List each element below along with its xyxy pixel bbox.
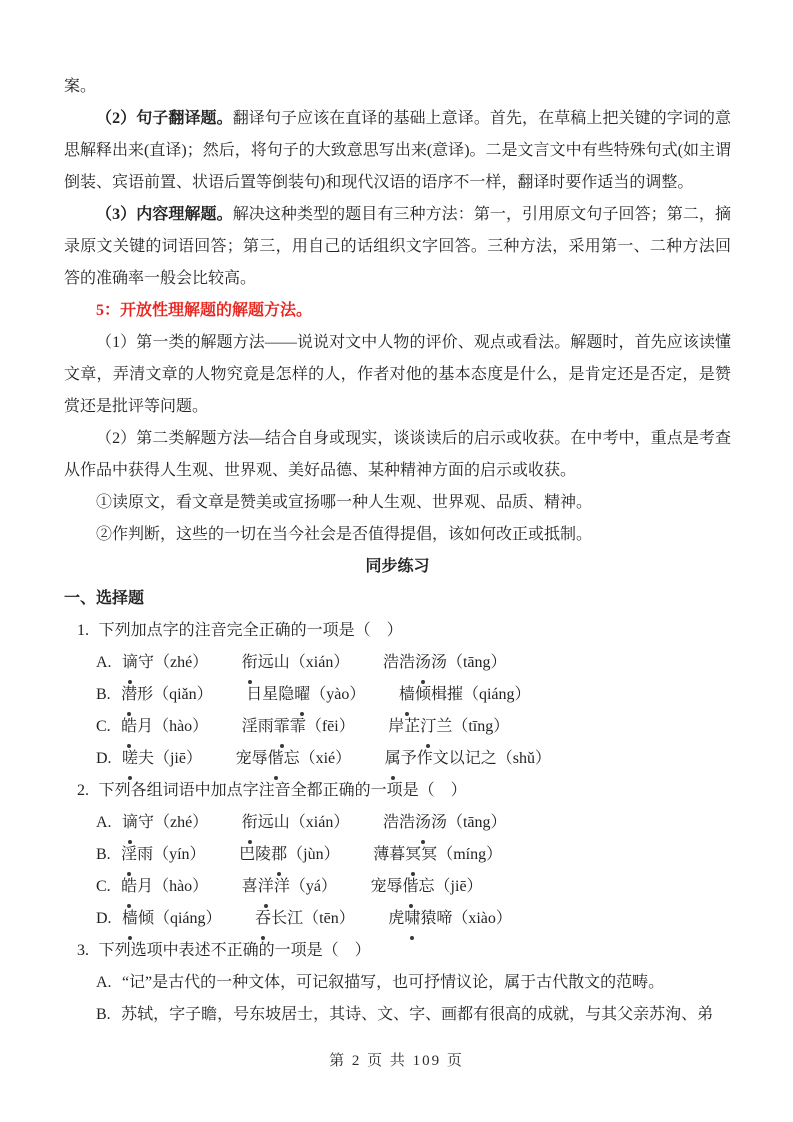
option-text: 苏轼，字子瞻，号东坡居士，其诗、文、字、画都有很高的成就，与其父亲苏洵、弟 <box>121 1006 713 1023</box>
pinyin-phrase: 吞长江（tēn） <box>255 910 355 927</box>
question-stem: 2.下列各组词语中加点字注音全都正确的一项是（ ） <box>77 775 731 807</box>
question-stem: 3.下列选项中表述不正确的一项是（ ） <box>77 935 731 967</box>
question-number: 3. <box>77 942 89 959</box>
phrase-dotted-char: 皓 <box>121 711 137 743</box>
question: 2.下列各组词语中加点字注音全都正确的一项是（ ）A.谪守（zhé）衔远山（xi… <box>64 775 731 935</box>
answer-option: D.嗟夫（jiē）宠辱偕忘（xié）属予作文以记之（shǔ） <box>96 743 731 775</box>
pinyin-phrase: 皓月（hào） <box>121 878 208 895</box>
answer-option: A.谪守（zhé）衔远山（xián）浩浩汤汤（tāng） <box>96 807 731 839</box>
phrase-pre: 喜 <box>242 878 258 895</box>
phrase-dotted-char: 偕 <box>268 743 284 775</box>
document-content: 案。 （2）句子翻译题。翻译句子应该在直译的基础上意译。首先，在草稿上把关键的字… <box>64 71 731 1031</box>
phrase-post: （jùn） <box>287 846 339 863</box>
phrase-post: 倾（qiáng） <box>138 910 222 927</box>
option-label: C. <box>96 718 111 735</box>
section-title-sync-practice: 同步练习 <box>64 551 731 583</box>
phrase-dotted-char: 汀 <box>420 711 436 743</box>
document-page: 案。 （2）句子翻译题。翻译句子应该在直译的基础上意译。首先，在草稿上把关键的字… <box>0 0 793 1122</box>
phrase-dotted-char: 嗟 <box>122 743 138 775</box>
pinyin-phrase: 衔远山（xián） <box>242 814 350 831</box>
phrase-pre: 淫雨 <box>242 718 274 735</box>
paragraph-head-content-comprehension: （3）内容理解题。 <box>96 206 233 223</box>
subsection-title-choice-questions: 一、选择题 <box>64 583 731 615</box>
list-item-circle-2: ②作判断，这些的一切在当今社会是否值得提倡，该如何改正或抵制。 <box>64 519 731 551</box>
phrase-pre: 虎 <box>388 910 404 927</box>
phrase-dotted-char: 潜 <box>121 679 137 711</box>
paragraph-head-sentence-translation: （2）句子翻译题。 <box>96 110 233 127</box>
phrase-dotted-char: 淫 <box>121 839 137 871</box>
pinyin-phrase: 潜形（qiǎn） <box>121 686 213 703</box>
option-label: D. <box>96 910 112 927</box>
phrase-post: 兰（tīng） <box>436 718 509 735</box>
list-item-circle-1: ①读原文，看文章是赞美或宣扬哪一种人生观、世界观、品质、精神。 <box>64 487 731 519</box>
question: 3.下列选项中表述不正确的一项是（ ）A.“记”是古代的一种文体，可记叙描写，也… <box>64 935 731 1031</box>
question-number: 2. <box>77 782 89 799</box>
phrase-pre: 薄暮 <box>373 846 405 863</box>
pinyin-phrase: 皓月（hào） <box>121 718 208 735</box>
answer-option: B.苏轼，字子瞻，号东坡居士，其诗、文、字、画都有很高的成就，与其父亲苏洵、弟 <box>96 999 731 1031</box>
pinyin-phrase: 巴陵郡（jùn） <box>239 846 339 863</box>
phrase-pre: 浩浩 <box>383 814 415 831</box>
phrase-post: 冥（míng） <box>421 846 502 863</box>
phrase-pre: 巴陵 <box>239 846 271 863</box>
question-stem-text: 下列选项中表述不正确的一项是（ ） <box>99 942 371 959</box>
phrase-post: 忘（xié） <box>284 750 352 767</box>
pinyin-phrase: 谪守（zhé） <box>122 814 208 831</box>
red-heading-open-questions: 5：开放性理解题的解题方法。 <box>64 295 731 327</box>
phrase-post: 雨（yín） <box>137 846 205 863</box>
phrase-dotted-char: 偕 <box>403 871 419 903</box>
question-stem-text: 下列加点字的注音完全正确的一项是（ ） <box>99 622 403 639</box>
answer-option: B.淫雨（yín）巴陵郡（jùn）薄暮冥冥（míng） <box>96 839 731 871</box>
phrase-post: 忘（jiē） <box>419 878 483 895</box>
phrase-post: 猿啼（xiào） <box>420 910 512 927</box>
phrase-dotted-char: 曜 <box>294 679 310 711</box>
phrase-post: 倾楫摧（qiáng） <box>415 686 531 703</box>
phrase-post: 洋（yá） <box>274 878 337 895</box>
phrase-pre: 岸芷 <box>388 718 420 735</box>
pinyin-phrase: 宠辱偕忘（xié） <box>236 750 352 767</box>
phrase-dotted-char: 属 <box>385 743 401 775</box>
pinyin-phrase: 属予作文以记之（shǔ） <box>385 750 551 767</box>
option-label: A. <box>96 654 112 671</box>
phrase-dotted-char: 谪 <box>122 807 138 839</box>
phrase-dotted-char: 樯 <box>399 679 415 711</box>
phrase-dotted-char: 洋 <box>258 871 274 903</box>
answer-option: A.谪守（zhé）衔远山（xián）浩浩汤汤（tāng） <box>96 647 731 679</box>
phrase-dotted-char: 衔 <box>242 807 258 839</box>
question-number: 1. <box>77 622 89 639</box>
option-label: C. <box>96 878 111 895</box>
answer-option: B.潜形（qiǎn）日星隐曜（yào）樯倾楫摧（qiáng） <box>96 679 731 711</box>
pinyin-phrase: 岸芷汀兰（tīng） <box>388 718 509 735</box>
paragraph-continuation-tail: 案。 <box>64 71 731 103</box>
phrase-post: （yào） <box>310 686 365 703</box>
question: 1.下列加点字的注音完全正确的一项是（ ）A.谪守（zhé）衔远山（xián）浩… <box>64 615 731 775</box>
phrase-post: 形（qiǎn） <box>137 686 213 703</box>
phrase-post: 远山（xián） <box>258 814 350 831</box>
pinyin-phrase: 樯倾（qiáng） <box>122 910 222 927</box>
phrase-post: 夫（jiē） <box>138 750 202 767</box>
phrase-dotted-char: 冥 <box>405 839 421 871</box>
phrase-dotted-char: 郡 <box>271 839 287 871</box>
phrase-post: 守（zhé） <box>138 814 208 831</box>
phrase-pre: 日星隐 <box>246 686 294 703</box>
phrase-dotted-char: 樯 <box>122 903 138 935</box>
pinyin-phrase: 樯倾楫摧（qiáng） <box>399 686 531 703</box>
phrase-post: 守（zhé） <box>138 654 208 671</box>
phrase-pre: 宠辱 <box>371 878 403 895</box>
answer-option: A.“记”是古代的一种文体，可记叙描写，也可抒情议论，属于古代散文的范畴。 <box>96 967 731 999</box>
phrase-post: 汤（tāng） <box>431 654 507 671</box>
phrase-dotted-char: 汤 <box>415 807 431 839</box>
option-label: B. <box>96 1006 111 1023</box>
phrase-dotted-char: 啸 <box>404 903 420 935</box>
pinyin-phrase: 淫雨（yín） <box>121 846 205 863</box>
pinyin-phrase: 日星隐曜（yào） <box>246 686 365 703</box>
answer-option: C.皓月（hào）淫雨霏霏（fēi）岸芷汀兰（tīng） <box>96 711 731 743</box>
page-footer: 第 2 页 共 109 页 <box>0 1049 793 1070</box>
paragraph-open-method-2: （2）第二类解题方法—结合自身或现实，谈谈读后的启示或收获。在中考中，重点是考查… <box>64 423 731 487</box>
pinyin-phrase: 浩浩汤汤（tāng） <box>383 654 507 671</box>
phrase-dotted-char: 汤 <box>415 647 431 679</box>
pinyin-phrase: 衔远山（xián） <box>242 654 350 671</box>
option-label: B. <box>96 846 111 863</box>
answer-option: C.皓月（hào）喜洋洋（yá）宠辱偕忘（jiē） <box>96 871 731 903</box>
pinyin-phrase: 宠辱偕忘（jiē） <box>371 878 483 895</box>
paragraph-open-method-1: （1）第一类的解题方法——说说对文中人物的评价、观点或看法。解题时，首先应该读懂… <box>64 327 731 423</box>
phrase-post: 汤（tāng） <box>431 814 507 831</box>
phrase-dotted-char: 皓 <box>121 871 137 903</box>
pinyin-phrase: 浩浩汤汤（tāng） <box>383 814 507 831</box>
answer-option: D.樯倾（qiáng）吞长江（tēn）虎啸猿啼（xiào） <box>96 903 731 935</box>
phrase-post: 长江（tēn） <box>271 910 355 927</box>
pinyin-phrase: 谪守（zhé） <box>122 654 208 671</box>
option-text: “记”是古代的一种文体，可记叙描写，也可抒情议论，属于古代散文的范畴。 <box>122 974 664 991</box>
option-label: D. <box>96 750 112 767</box>
pinyin-phrase: 虎啸猿啼（xiào） <box>388 910 512 927</box>
phrase-post: 月（hào） <box>137 718 208 735</box>
phrase-post: 霏（fēi） <box>290 718 355 735</box>
pinyin-phrase: 喜洋洋（yá） <box>242 878 337 895</box>
phrase-post: 予作文以记之（shǔ） <box>401 750 551 767</box>
phrase-dotted-char: 衔 <box>242 647 258 679</box>
phrase-post: 月（hào） <box>137 878 208 895</box>
pinyin-phrase: 淫雨霏霏（fēi） <box>242 718 355 735</box>
pinyin-phrase: 薄暮冥冥（míng） <box>373 846 502 863</box>
question-stem-text: 下列各组词语中加点字注音全都正确的一项是（ ） <box>99 782 467 799</box>
paragraph-content-comprehension: （3）内容理解题。解决这种类型的题目有三种方法：第一，引用原文句子回答；第二，摘… <box>64 199 731 295</box>
phrase-post: 远山（xián） <box>258 654 350 671</box>
paragraph-sentence-translation: （2）句子翻译题。翻译句子应该在直译的基础上意译。首先，在草稿上把关键的字词的意… <box>64 103 731 199</box>
option-label: B. <box>96 686 111 703</box>
option-label: A. <box>96 814 112 831</box>
quiz-question-list: 1.下列加点字的注音完全正确的一项是（ ）A.谪守（zhé）衔远山（xián）浩… <box>64 615 731 1031</box>
question-stem: 1.下列加点字的注音完全正确的一项是（ ） <box>77 615 731 647</box>
option-label: A. <box>96 974 112 991</box>
pinyin-phrase: 嗟夫（jiē） <box>122 750 202 767</box>
phrase-pre: 浩浩 <box>383 654 415 671</box>
phrase-pre: 宠辱 <box>236 750 268 767</box>
phrase-dotted-char: 霏 <box>274 711 290 743</box>
phrase-dotted-char: 谪 <box>122 647 138 679</box>
phrase-dotted-char: 吞 <box>255 903 271 935</box>
